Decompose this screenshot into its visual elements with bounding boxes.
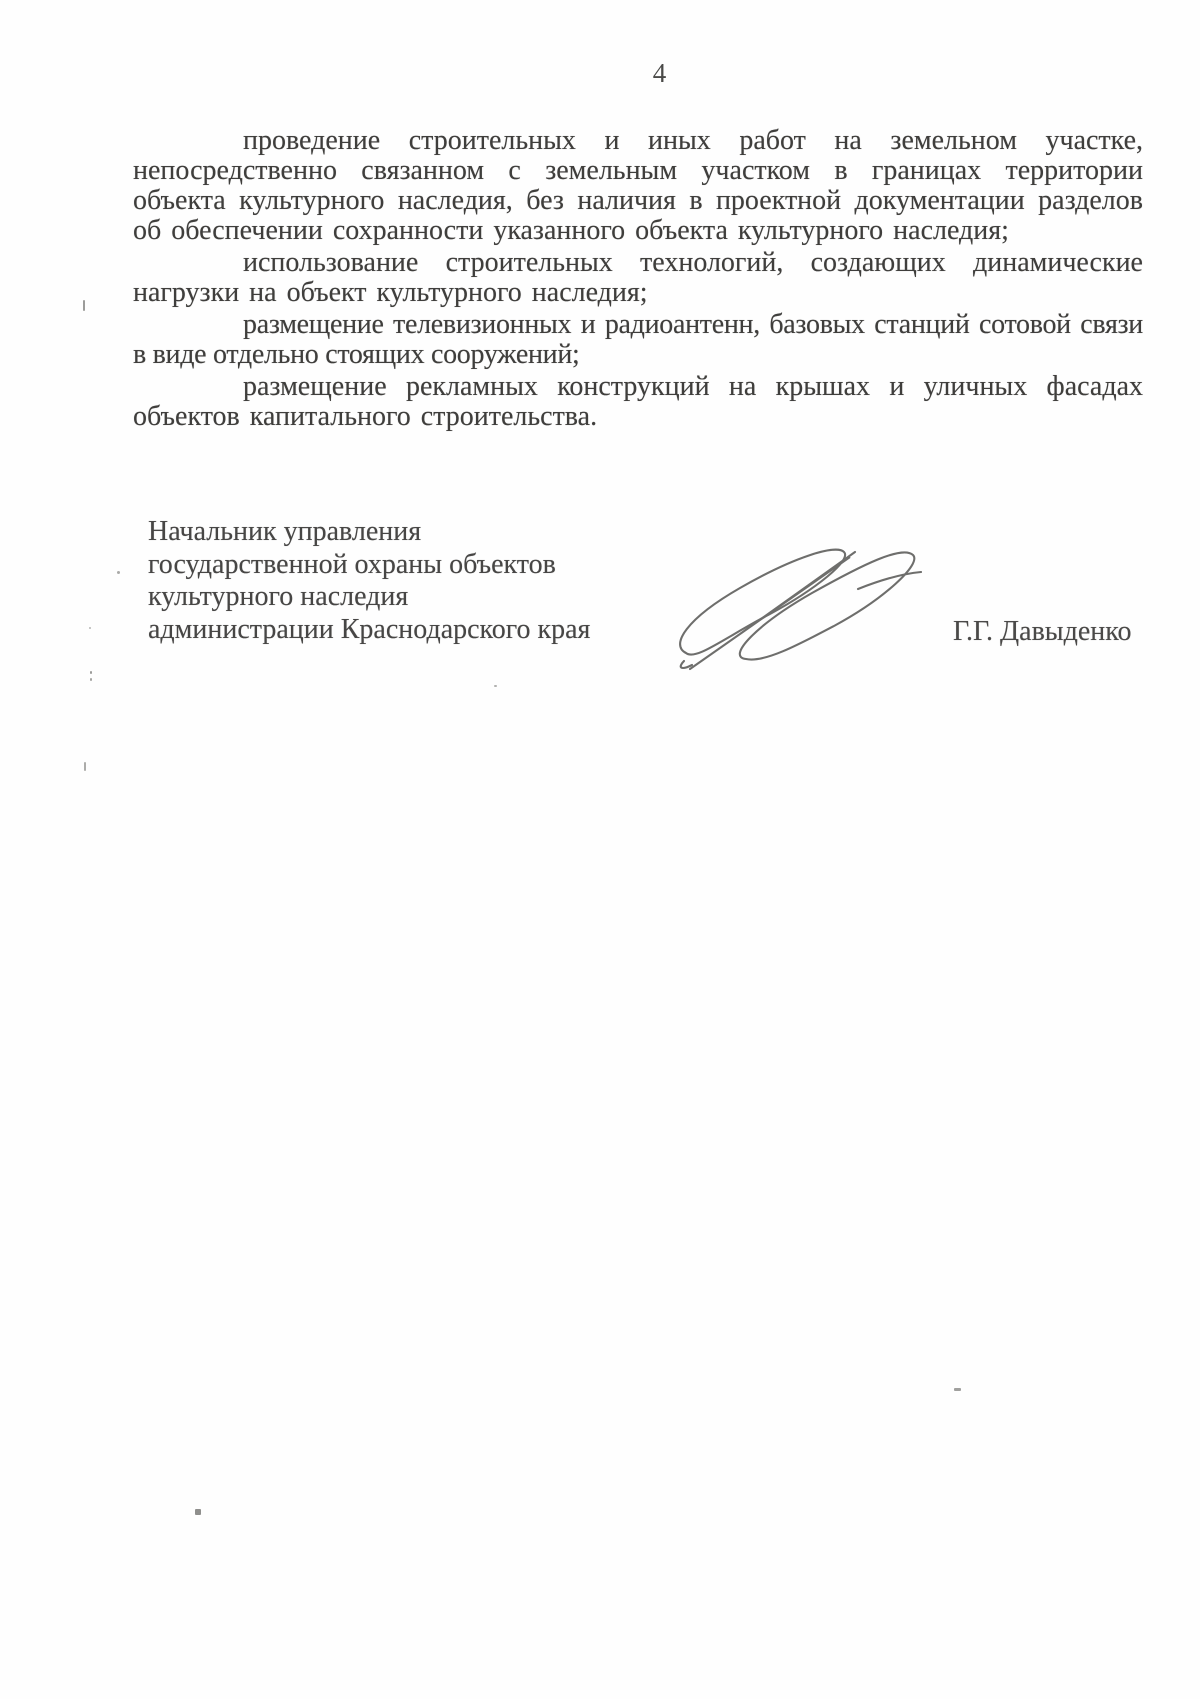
- signature-area: Начальник управления государственной охр…: [0, 516, 1200, 716]
- page-number: 4: [0, 58, 1200, 89]
- scan-artifact: [84, 762, 86, 771]
- paragraph-antennas: размещение телевизионных и радиоантенн, …: [133, 310, 1143, 370]
- scan-artifact: [90, 671, 92, 674]
- signatory-title-line: Начальник управления: [148, 516, 668, 549]
- signatory-title-line: администрации Краснодарского края: [148, 614, 668, 647]
- paragraph-advertising-structures: размещение рекламных конструкций на крыш…: [133, 372, 1143, 432]
- handwritten-signature: [622, 495, 922, 675]
- scan-artifact: [117, 571, 120, 574]
- scan-artifact: [494, 685, 497, 687]
- paragraph-construction-technologies: использование строительных технологий, с…: [133, 248, 1143, 308]
- scan-artifact: [954, 1388, 961, 1391]
- signatory-title-line: культурного наследия: [148, 581, 668, 614]
- scanned-document-page: 4 проведение строительных и иных работ н…: [0, 0, 1200, 1699]
- paragraph-construction-works: проведение строительных и иных работ на …: [133, 126, 1143, 246]
- scan-artifact: [89, 627, 91, 629]
- signatory-title: Начальник управления государственной охр…: [148, 516, 668, 646]
- body-text-block: проведение строительных и иных работ на …: [133, 126, 1143, 434]
- scan-artifact: [90, 678, 92, 681]
- scan-artifact: [83, 300, 85, 311]
- scan-artifact: [195, 1509, 201, 1515]
- signatory-title-line: государственной охраны объектов: [148, 549, 668, 582]
- signee-name: Г.Г. Давыденко: [953, 616, 1131, 648]
